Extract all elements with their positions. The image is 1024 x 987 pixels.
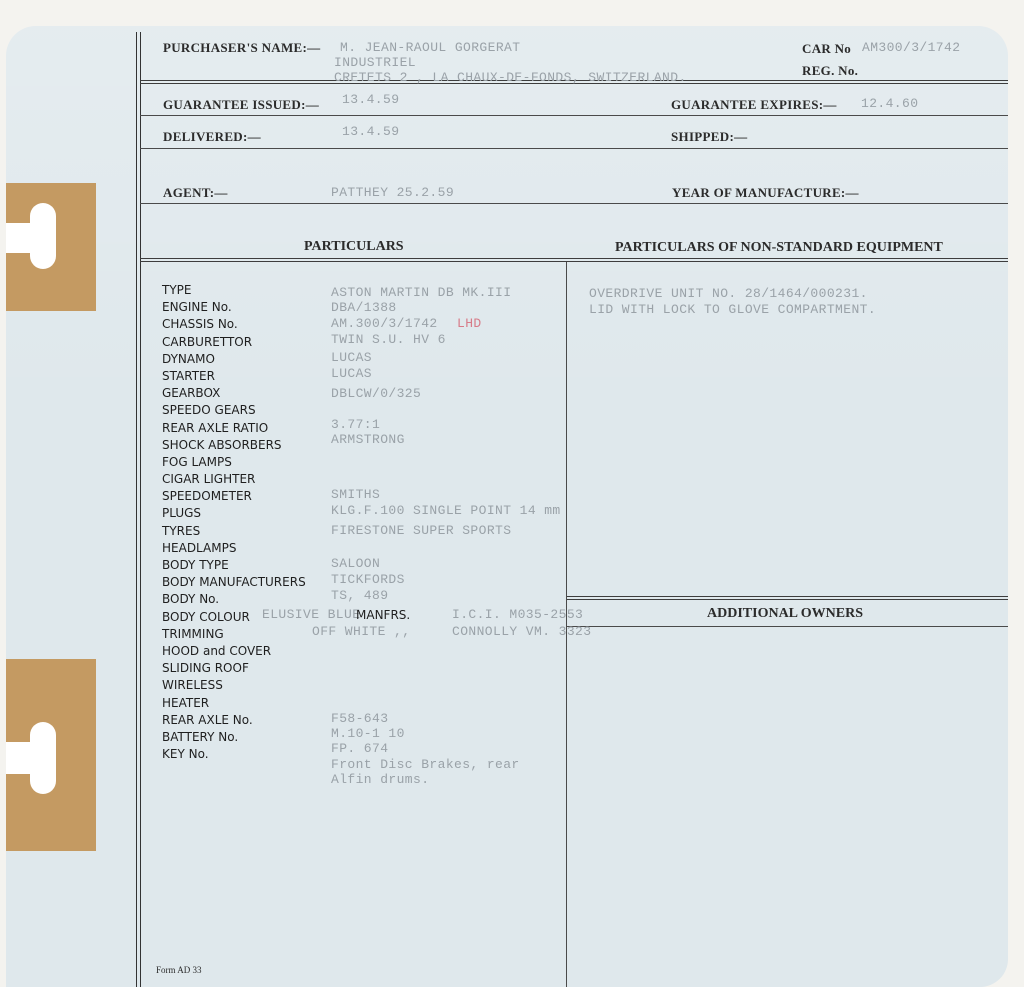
value-gearbox: DBLCW/0/325 — [331, 386, 421, 401]
binder-hole — [30, 203, 56, 269]
field-label: CARBURETTOR — [162, 334, 306, 351]
field-label: STARTER — [162, 368, 306, 385]
purchaser-occupation: INDUSTRIEL — [334, 55, 416, 70]
value-body-manufacturers: TICKFORDS — [331, 572, 405, 587]
field-label: BATTERY No. — [162, 729, 306, 746]
delivered-label: DELIVERED:— — [163, 129, 261, 145]
field-label: HOOD and COVER — [162, 643, 306, 660]
non-standard-item: OVERDRIVE UNIT NO. 28/1464/000231. — [589, 286, 868, 301]
binder-tab-top — [6, 183, 96, 311]
agent-label: AGENT:— — [163, 185, 228, 201]
value-rear-axle-ratio: 3.77:1 — [331, 417, 380, 432]
shipped-label: SHIPPED:— — [671, 129, 747, 145]
particulars-labels: TYPE ENGINE No. CHASSIS No. CARBURETTOR … — [162, 282, 306, 763]
field-label: GEARBOX — [162, 385, 306, 402]
car-no-label: CAR No — [802, 41, 851, 57]
value-type: ASTON MARTIN DB MK.III — [331, 285, 511, 300]
binder-hole — [30, 722, 56, 794]
field-label: WIRELESS — [162, 677, 306, 694]
field-label: DYNAMO — [162, 351, 306, 368]
rule — [140, 203, 1008, 204]
value-rear-axle-no: F58-643 — [331, 711, 388, 726]
rule — [140, 148, 1008, 149]
field-label: CIGAR LIGHTER — [162, 471, 306, 488]
field-label: SLIDING ROOF — [162, 660, 306, 677]
remarks-line-1: Front Disc Brakes, rear — [331, 757, 520, 772]
field-label: SPEEDO GEARS — [162, 402, 306, 419]
field-label: HEATER — [162, 695, 306, 712]
field-label: TYPE — [162, 282, 306, 299]
reg-no-label: REG. No. — [802, 63, 858, 79]
field-label: PLUGS — [162, 505, 306, 522]
purchaser-name: M. JEAN-RAOUL GORGERAT — [340, 40, 520, 55]
binder-tab-bottom — [6, 659, 96, 851]
field-label: FOG LAMPS — [162, 454, 306, 471]
value-battery-no: M.10-1 10 — [331, 726, 405, 741]
value-body-type: SALOON — [331, 556, 380, 571]
guarantee-issued-value: 13.4.59 — [342, 92, 399, 107]
value-tyres: FIRESTONE SUPER SPORTS — [331, 523, 511, 538]
field-label: TRIMMING — [162, 626, 306, 643]
purchaser-address: CRETETS 2 , LA CHAUX-DE-FONDS, SWITZERLA… — [334, 70, 687, 85]
field-label: BODY TYPE — [162, 557, 306, 574]
value-chassis-lhd: LHD — [457, 316, 482, 331]
field-label: CHASSIS No. — [162, 316, 306, 333]
delivered-value: 13.4.59 — [342, 124, 399, 139]
binder-slot — [6, 742, 30, 774]
remarks-line-2: Alfin drums. — [331, 772, 429, 787]
value-body-colour-manfrs: I.C.I. M035-2553 — [452, 607, 583, 622]
value-body-colour: ELUSIVE BLUE — [262, 607, 360, 622]
guarantee-issued-label: GUARANTEE ISSUED:— — [163, 97, 319, 113]
rule — [140, 258, 1008, 259]
field-label: KEY No. — [162, 746, 306, 763]
field-label: TYRES — [162, 523, 306, 540]
value-speedometer: SMITHS — [331, 487, 380, 502]
field-label: REAR AXLE No. — [162, 712, 306, 729]
additional-owners-heading: ADDITIONAL OWNERS — [707, 606, 863, 622]
value-chassis-no: AM.300/3/1742 — [331, 316, 438, 331]
field-label: SPEEDOMETER — [162, 488, 306, 505]
particulars-heading: PARTICULARS — [304, 239, 404, 255]
binder-slot — [6, 223, 30, 253]
value-body-no: TS, 489 — [331, 588, 388, 603]
field-label: HEADLAMPS — [162, 540, 306, 557]
value-trimming: OFF WHITE ,, — [312, 624, 410, 639]
guarantee-expires-label: GUARANTEE EXPIRES:— — [671, 97, 837, 113]
guarantee-expires-value: 12.4.60 — [861, 96, 918, 111]
value-carburettor: TWIN S.U. HV 6 — [331, 332, 446, 347]
value-starter: LUCAS — [331, 366, 372, 381]
field-label: SHOCK ABSORBERS — [162, 437, 306, 454]
manfrs-label: MANFRS. — [356, 608, 410, 622]
agent-value: PATTHEY 25.2.59 — [331, 185, 454, 200]
field-label: ENGINE No. — [162, 299, 306, 316]
field-label: BODY No. — [162, 591, 306, 608]
field-label: REAR AXLE RATIO — [162, 420, 306, 437]
year-of-manufacture-label: YEAR OF MANUFACTURE:— — [672, 185, 859, 201]
rule — [567, 596, 1008, 597]
value-engine-no: DBA/1388 — [331, 300, 397, 315]
value-key-no: FP. 674 — [331, 741, 388, 756]
field-label: BODY MANUFACTURERS — [162, 574, 306, 591]
rule — [567, 626, 1008, 627]
value-plugs: KLG.F.100 SINGLE POINT 14 mm — [331, 503, 561, 518]
value-dynamo: LUCAS — [331, 350, 372, 365]
left-margin-rule — [136, 32, 141, 987]
form-number: Form AD 33 — [156, 965, 202, 975]
value-trimming-manfrs: CONNOLLY VM. 3323 — [452, 624, 591, 639]
purchaser-label: PURCHASER'S NAME:— — [163, 40, 320, 56]
rule — [140, 115, 1008, 116]
non-standard-heading: PARTICULARS OF NON-STANDARD EQUIPMENT — [615, 240, 943, 256]
car-no-value: AM300/3/1742 — [862, 40, 960, 55]
non-standard-item: LID WITH LOCK TO GLOVE COMPARTMENT. — [589, 302, 876, 317]
value-shock-absorbers: ARMSTRONG — [331, 432, 405, 447]
